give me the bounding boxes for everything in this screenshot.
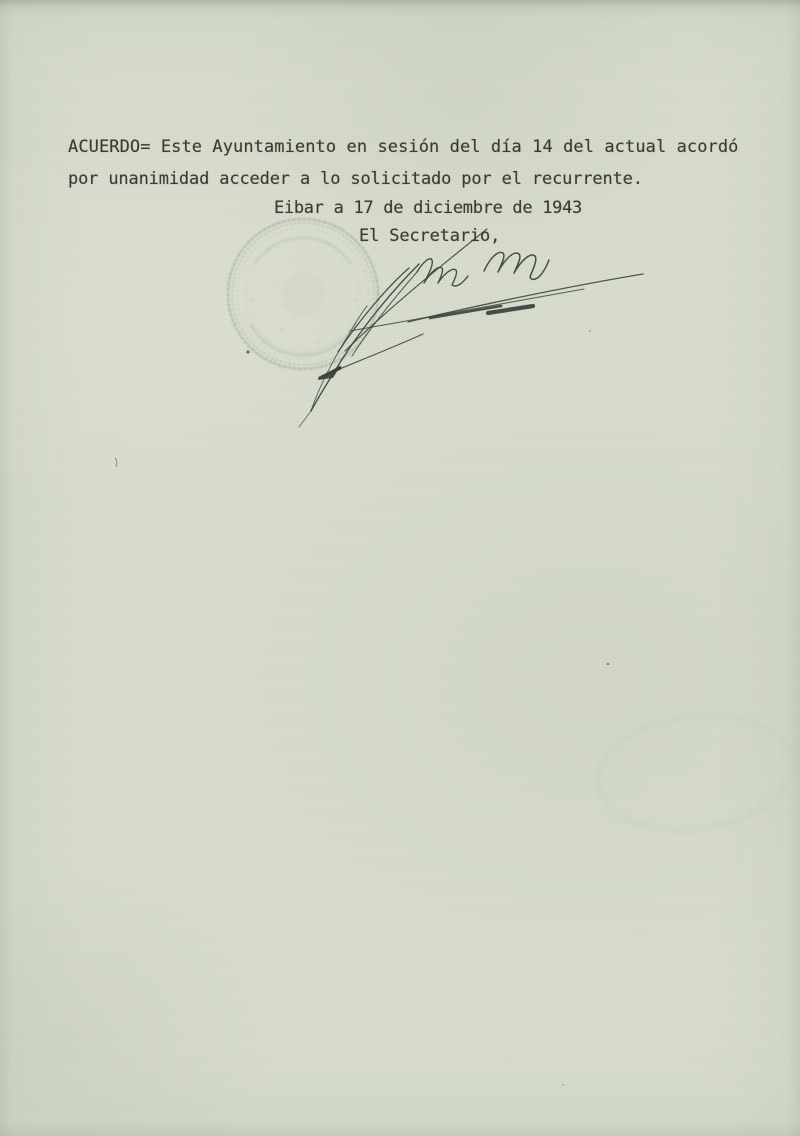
paper-speck [246,350,249,353]
signatory-title-line: El Secretario, [359,228,500,245]
paper-speck [115,458,117,467]
agreement-text-line-1: ACUERDO= Este Ayuntamiento en sesión del… [68,139,738,156]
paper-speck [607,663,610,666]
round-ink-stamp [228,219,378,369]
paper-speck [589,330,591,332]
handwritten-signature [299,229,643,427]
document-page: ACUERDO= Este Ayuntamiento en sesión del… [0,0,800,1136]
place-date-line: Eibar a 17 de diciembre de 1943 [274,200,582,217]
agreement-text-line-2: por unanimidad acceder a lo solicitado p… [68,171,643,188]
paper-speck [562,1084,564,1086]
stamp-bleedthrough-mark [591,705,799,840]
